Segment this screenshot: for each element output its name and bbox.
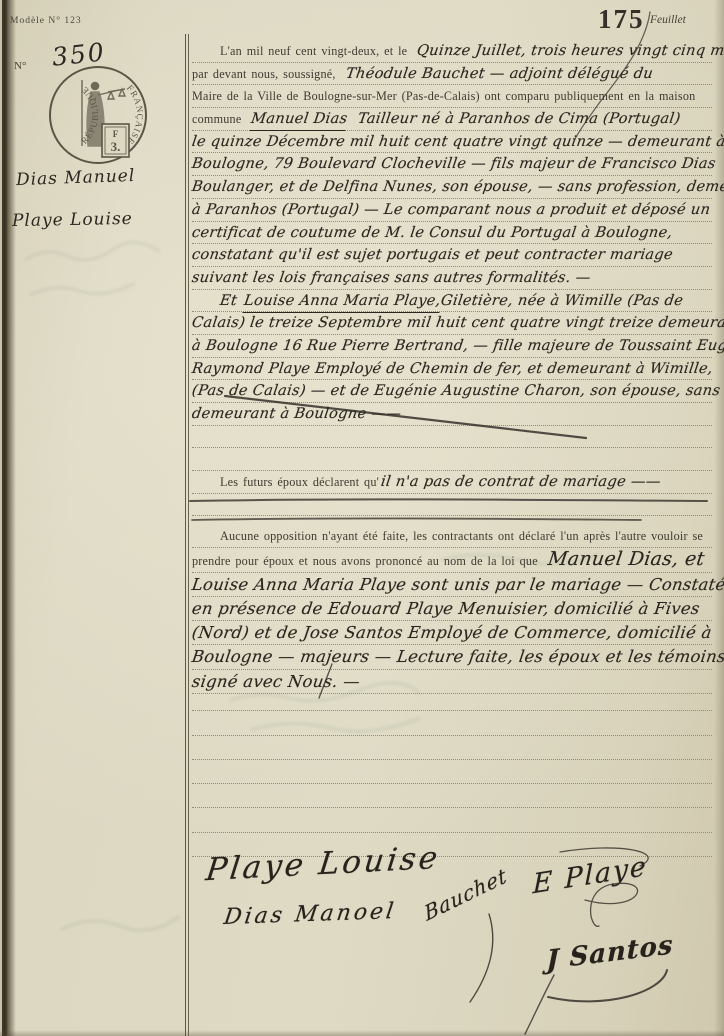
act-line: en présence de Edouard Playe Menuisier, …: [192, 597, 712, 621]
act-line: à Boulogne 16 Rue Pierre Bertrand, — fil…: [192, 335, 712, 358]
ruled-line: [192, 736, 712, 760]
stamp-denomination: F 3.: [102, 124, 129, 157]
page-edge-bottom: [0, 1030, 724, 1036]
margin-rule: [185, 34, 189, 1036]
act-line: constatant qu'il est sujet portugais et …: [192, 244, 712, 267]
registry-number-label: N°: [14, 60, 26, 72]
act-line: Calais) le treize Septembre mil huit cen…: [192, 312, 712, 335]
ruled-line: [192, 760, 712, 784]
form-model-label: Modèle N° 123: [10, 16, 82, 26]
signature-e-playe: E Playe: [532, 851, 648, 901]
act-line: prendre pour époux et nous avons prononc…: [192, 548, 712, 572]
act-body-lower: Aucune opposition n'ayant été faite, les…: [192, 524, 712, 694]
margin-bride-name: Playe Louise: [12, 209, 133, 231]
signature-flourish: [548, 970, 667, 1001]
act-line: Boulanger, et de Delfina Nunes, son épou…: [192, 176, 712, 199]
binding-edge: [0, 0, 16, 1036]
svg-text:F: F: [113, 129, 119, 139]
act-line: (Nord) et de Jose Santos Employé de Comm…: [192, 621, 712, 645]
act-line: L'an mil neuf cent vingt-deux, et leQuin…: [192, 40, 712, 63]
signature-flourish: [470, 914, 493, 1002]
revenue-stamp: RÉPUBLIQUE FRANÇAISE F 3.: [45, 62, 151, 168]
act-body-upper: L'an mil neuf cent vingt-deux, et leQuin…: [192, 40, 712, 516]
contract-declaration-line: Les futurs époux déclarent qu'il n'a pas…: [192, 471, 712, 494]
signature-j-santos: J Santos: [546, 930, 673, 976]
ruled-line: [192, 784, 712, 808]
horizontal-strike: [192, 518, 641, 520]
act-line: Louise Anna Maria Playe sont unis par le…: [192, 573, 712, 597]
act-line: Maire de la Ville de Boulogne-sur-Mer (P…: [192, 85, 712, 108]
act-line: (Pas de Calais) — et de Eugénie Augustin…: [192, 380, 712, 403]
svg-text:3.: 3.: [111, 139, 121, 154]
ruled-line: [192, 494, 712, 517]
ruled-line: [192, 687, 712, 711]
act-line: Boulogne — majeurs — Lecture faite, les …: [192, 645, 712, 669]
ruled-line: [192, 448, 712, 471]
margin-groom-name: Dias Manuel: [16, 166, 136, 190]
act-line: suivant les lois françaises sans autres …: [192, 267, 712, 290]
act-line: demeurant à Boulogne ——: [192, 403, 712, 426]
act-line: Raymond Playe Employé de Chemin de fer, …: [192, 358, 712, 381]
blank-ruled-section: [192, 687, 712, 857]
folio-number: 175: [598, 4, 645, 35]
folio-label: Feuillet: [650, 14, 686, 26]
act-line: communeManuel DiasTailleur né à Paranhos…: [192, 108, 712, 131]
act-line: EtLouise Anna Maria Playe,Giletière, née…: [192, 290, 712, 313]
act-line: Aucune opposition n'ayant été faite, les…: [192, 524, 712, 548]
ruled-line: [192, 808, 712, 832]
signature-dias-manoel: Dias Manoel: [222, 899, 398, 930]
act-line: certificat de coutume de M. le Consul du…: [192, 222, 712, 245]
act-line: le quinze Décembre mil huit cent quatre …: [192, 131, 712, 154]
marriage-act-page: Modèle N° 123 175 Feuillet N° 350 RÉPUBL…: [0, 0, 724, 1036]
act-line: Boulogne, 79 Boulevard Clocheville — fil…: [192, 153, 712, 176]
ruled-line: [192, 711, 712, 735]
act-line: à Paranhos (Portugal) — Le comparant nou…: [192, 199, 712, 222]
signature-flourish: [525, 975, 554, 1034]
act-line: par devant nous, soussigné,Théodule Bauc…: [192, 63, 712, 86]
ruled-line: [192, 426, 712, 449]
